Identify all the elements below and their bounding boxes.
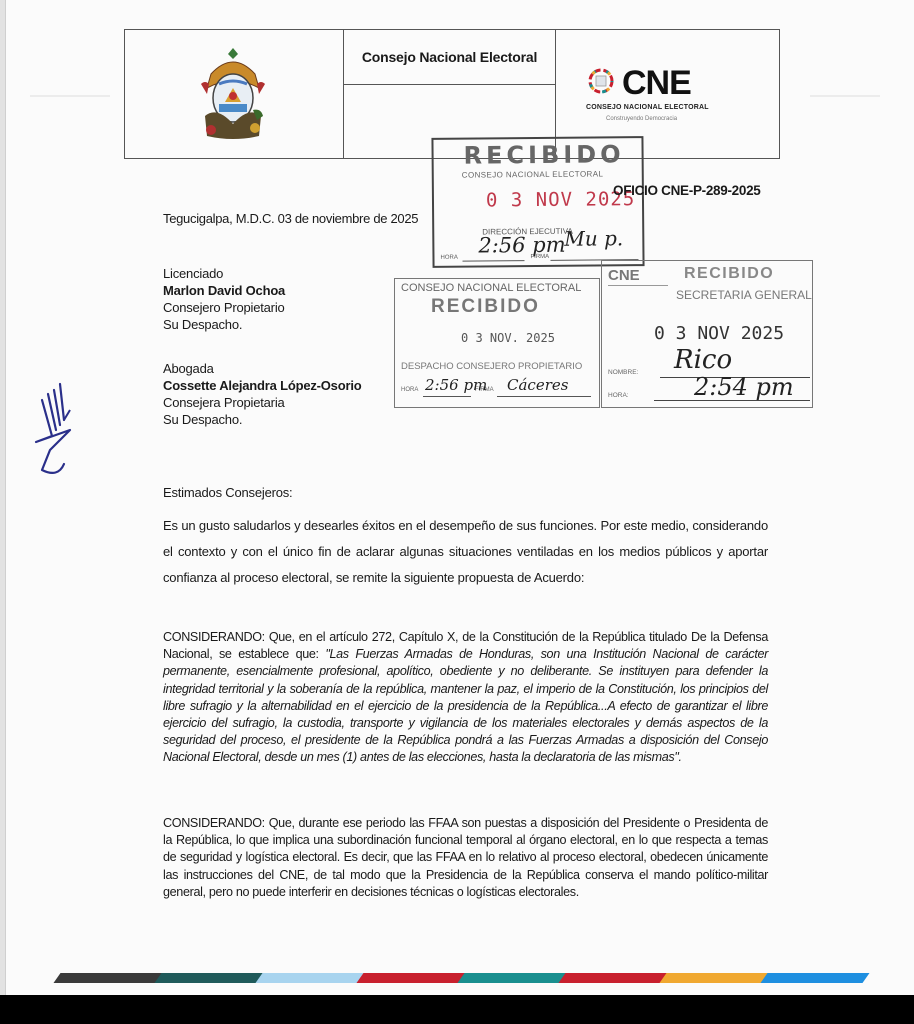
received-stamp-direccion-ejecutiva: RECIBIDO CONSEJO NACIONAL ELECTORAL 0 3 … (431, 136, 644, 268)
cne-logo: CNE CONSEJO NACIONAL ELECTORAL Construye… (586, 64, 756, 124)
handwritten-time: 2:56 pm (478, 233, 565, 258)
stamp-hora-label: HORA (401, 387, 418, 393)
stamp-logo-rule (608, 285, 668, 286)
stamp-firma-line (497, 396, 591, 397)
stamp-hora-label: HORA (440, 255, 457, 261)
stamp-org: CONSEJO NACIONAL ELECTORAL (401, 282, 581, 294)
place-date: Tegucigalpa, M.D.C. 03 de noviembre de 2… (163, 211, 418, 226)
stamp-heading: RECIBIDO (684, 265, 774, 283)
margin-signature-icon (30, 380, 80, 480)
stamp-org: CONSEJO NACIONAL ELECTORAL (462, 169, 604, 179)
recipient-block: Abogada Cossette Alejandra López-Osorio … (163, 360, 361, 428)
cne-logo-text: CNE (622, 64, 691, 103)
footer-color-bar (57, 973, 865, 983)
stamp-hora-line (463, 260, 525, 262)
recipient-name: Marlon David Ochoa (163, 282, 285, 299)
page-edge (0, 0, 6, 995)
footer-color-segment (154, 973, 263, 983)
handwritten-time: 2:56 pm (425, 376, 487, 394)
stamp-heading: RECIBIDO (463, 140, 624, 169)
recipient-name: Cossette Alejandra López-Osorio (163, 377, 361, 394)
stamp-date: 0 3 NOV. 2025 (461, 331, 555, 345)
footer-color-segment (760, 973, 869, 983)
footer-color-segment (356, 973, 465, 983)
handwritten-signature: Cáceres (507, 376, 568, 394)
recipient-position: Consejera Propietaria (163, 394, 361, 411)
footer-color-segment (53, 973, 162, 983)
cne-logo-tagline: Construyendo Democracia (606, 116, 677, 122)
handwritten-signature: Mu p. (564, 226, 623, 251)
received-stamp-despacho-consejero: CONSEJO NACIONAL ELECTORAL RECIBIDO 0 3 … (394, 278, 600, 408)
recipient-title: Licenciado (163, 265, 285, 282)
stamp-date: 0 3 NOV 2025 (654, 323, 784, 344)
received-stamp-secretaria-general: CNE RECIBIDO SECRETARIA GENERAL 0 3 NOV … (601, 260, 813, 408)
stamp-cne-logo: CNE (608, 267, 640, 284)
recipient-position: Consejero Propietario (163, 299, 285, 316)
letterhead-coat-cell (125, 30, 344, 158)
considerando-paragraph: CONSIDERANDO: Que, en el artículo 272, C… (163, 629, 768, 767)
screen-bottom-bar (0, 995, 914, 1024)
footer-color-segment (558, 973, 667, 983)
stamp-heading: RECIBIDO (431, 296, 540, 318)
salutation: Estimados Consejeros: (163, 485, 292, 500)
letterhead-title-cell: Consejo Nacional Electoral (344, 30, 556, 85)
recipient-block: Licenciado Marlon David Ochoa Consejero … (163, 265, 285, 333)
stamp-hora-line (423, 396, 471, 397)
stamp-hora-label: HORA: (608, 392, 629, 399)
oficio-number: OFICIO CNE-P-289-2025 (613, 183, 761, 198)
scan-artifact (30, 95, 110, 97)
document-page: Consejo Nacional Electoral CNE CONSEJO N… (0, 0, 914, 995)
scan-artifact (810, 95, 880, 97)
stamp-department: DESPACHO CONSEJERO PROPIETARIO (401, 361, 582, 372)
recipient-office: Su Despacho. (163, 316, 285, 333)
org-title: Consejo Nacional Electoral (362, 49, 537, 65)
intro-paragraph: Es un gusto saludarlos y desearles éxito… (163, 513, 768, 591)
stamp-department: SECRETARIA GENERAL (676, 288, 812, 302)
recipient-title: Abogada (163, 360, 361, 377)
considerando-paragraph: CONSIDERANDO: Que, durante ese periodo l… (163, 815, 768, 901)
cne-ring-icon (586, 66, 616, 96)
footer-color-segment (255, 973, 364, 983)
handwritten-name: Rico (674, 345, 732, 375)
footer-color-segment (457, 973, 566, 983)
honduras-coat-of-arms-icon (197, 44, 269, 142)
footer-color-segment (659, 973, 768, 983)
constitution-quote: "Las Fuerzas Armadas de Honduras, son un… (163, 647, 768, 764)
stamp-nombre-label: NOMBRE: (608, 369, 638, 376)
cne-logo-subtitle: CONSEJO NACIONAL ELECTORAL (586, 104, 709, 111)
handwritten-time: 2:54 pm (694, 373, 794, 401)
recipient-office: Su Despacho. (163, 411, 361, 428)
